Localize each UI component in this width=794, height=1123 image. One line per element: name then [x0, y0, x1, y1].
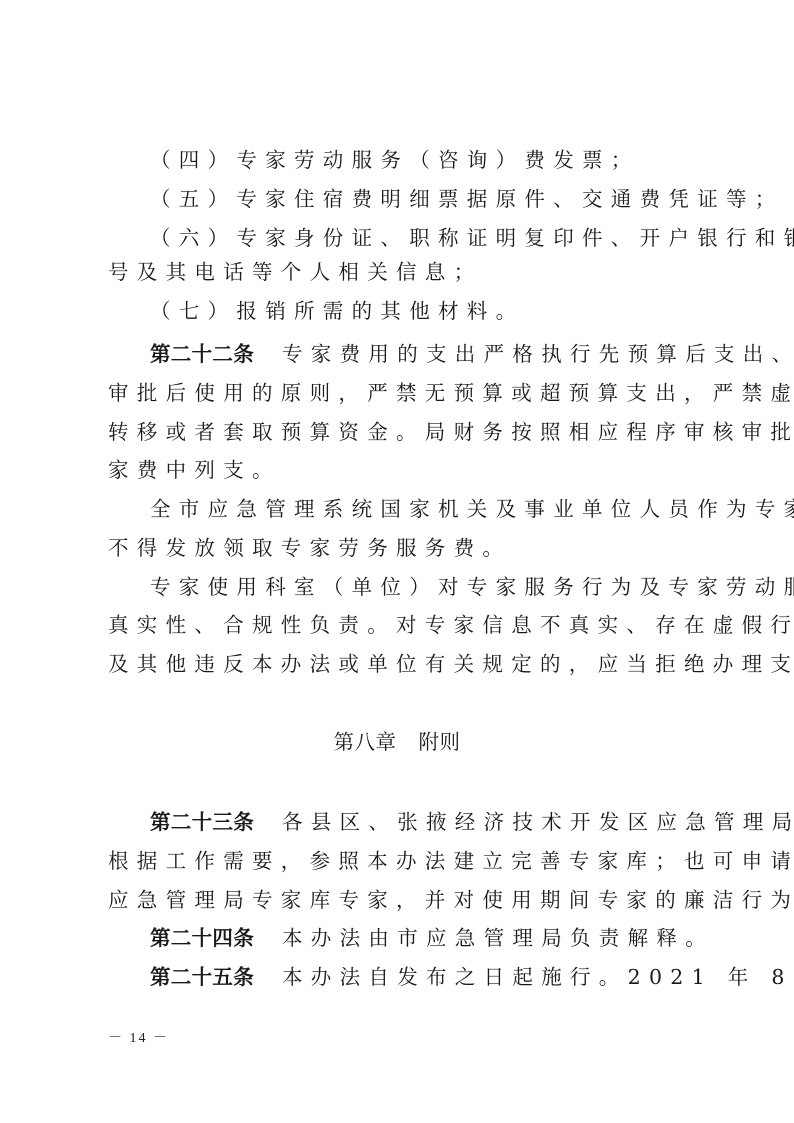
article-22-text: 专家费用的支出严格执行先预算后支出、先: [282, 342, 794, 366]
article-23-text: 各县区、张掖经济技术开发区应急管理局可: [282, 810, 794, 834]
article-22-first-line: 第二十二条专家费用的支出严格执行先预算后支出、先: [150, 335, 750, 374]
list-item-5: （五）专家住宿费明细票据原件、交通费凭证等；: [150, 180, 750, 219]
article-23-first-line: 第二十三条各县区、张掖经济技术开发区应急管理局可: [150, 803, 750, 842]
article-25-text: 本办法自发布之日起施行。2021 年 8 月发布: [282, 965, 794, 989]
article-22-line: 审批后使用的原则，严禁无预算或超预算支出，严禁虚列支出、: [108, 374, 708, 413]
article-22-label: 第二十二条: [150, 342, 254, 366]
article-24-text: 本办法由市应急管理局负责解释。: [282, 926, 714, 950]
page-number: － 14 －: [108, 1027, 169, 1047]
article-22-line: 家费中列支。: [108, 451, 708, 490]
article-24-label: 第二十四条: [150, 926, 254, 950]
article-25: 第二十五条本办法自发布之日起施行。2021 年 8 月发布: [150, 958, 750, 997]
article-22-line: 转移或者套取预算资金。局财务按照相应程序审核审批后在专: [108, 413, 708, 452]
paragraph-staff-line: 全市应急管理系统国家机关及事业单位人员作为专家的，: [150, 490, 750, 529]
paragraph-staff-line: 不得发放领取专家劳务服务费。: [108, 529, 708, 568]
chapter-number: 第八章: [334, 730, 397, 754]
chapter-title: 附则: [419, 730, 461, 754]
list-item-7: （七）报销所需的其他材料。: [150, 292, 750, 331]
paragraph-responsibility-line: 及其他违反本办法或单位有关规定的，应当拒绝办理支付手续。: [108, 645, 708, 684]
list-item-4: （四）专家劳动服务（咨询）费发票；: [150, 141, 750, 180]
article-23-line: 应急管理局专家库专家，并对使用期间专家的廉洁行为负责。: [108, 881, 708, 920]
article-23-label: 第二十三条: [150, 810, 254, 834]
article-23-line: 根据工作需要，参照本办法建立完善专家库；也可申请使用市: [108, 842, 708, 881]
document-page: （四）专家劳动服务（咨询）费发票； （五）专家住宿费明细票据原件、交通费凭证等；…: [0, 0, 794, 1123]
paragraph-responsibility-line: 专家使用科室（单位）对专家服务行为及专家劳动服务的: [150, 568, 750, 607]
paragraph-responsibility-line: 真实性、合规性负责。对专家信息不真实、存在虚假行为，以: [108, 606, 708, 645]
article-25-label: 第二十五条: [150, 965, 254, 989]
chapter-heading: 第八章附则: [0, 723, 794, 762]
article-24: 第二十四条本办法由市应急管理局负责解释。: [150, 919, 750, 958]
list-item-6-continued: 号及其电话等个人相关信息；: [108, 253, 708, 292]
